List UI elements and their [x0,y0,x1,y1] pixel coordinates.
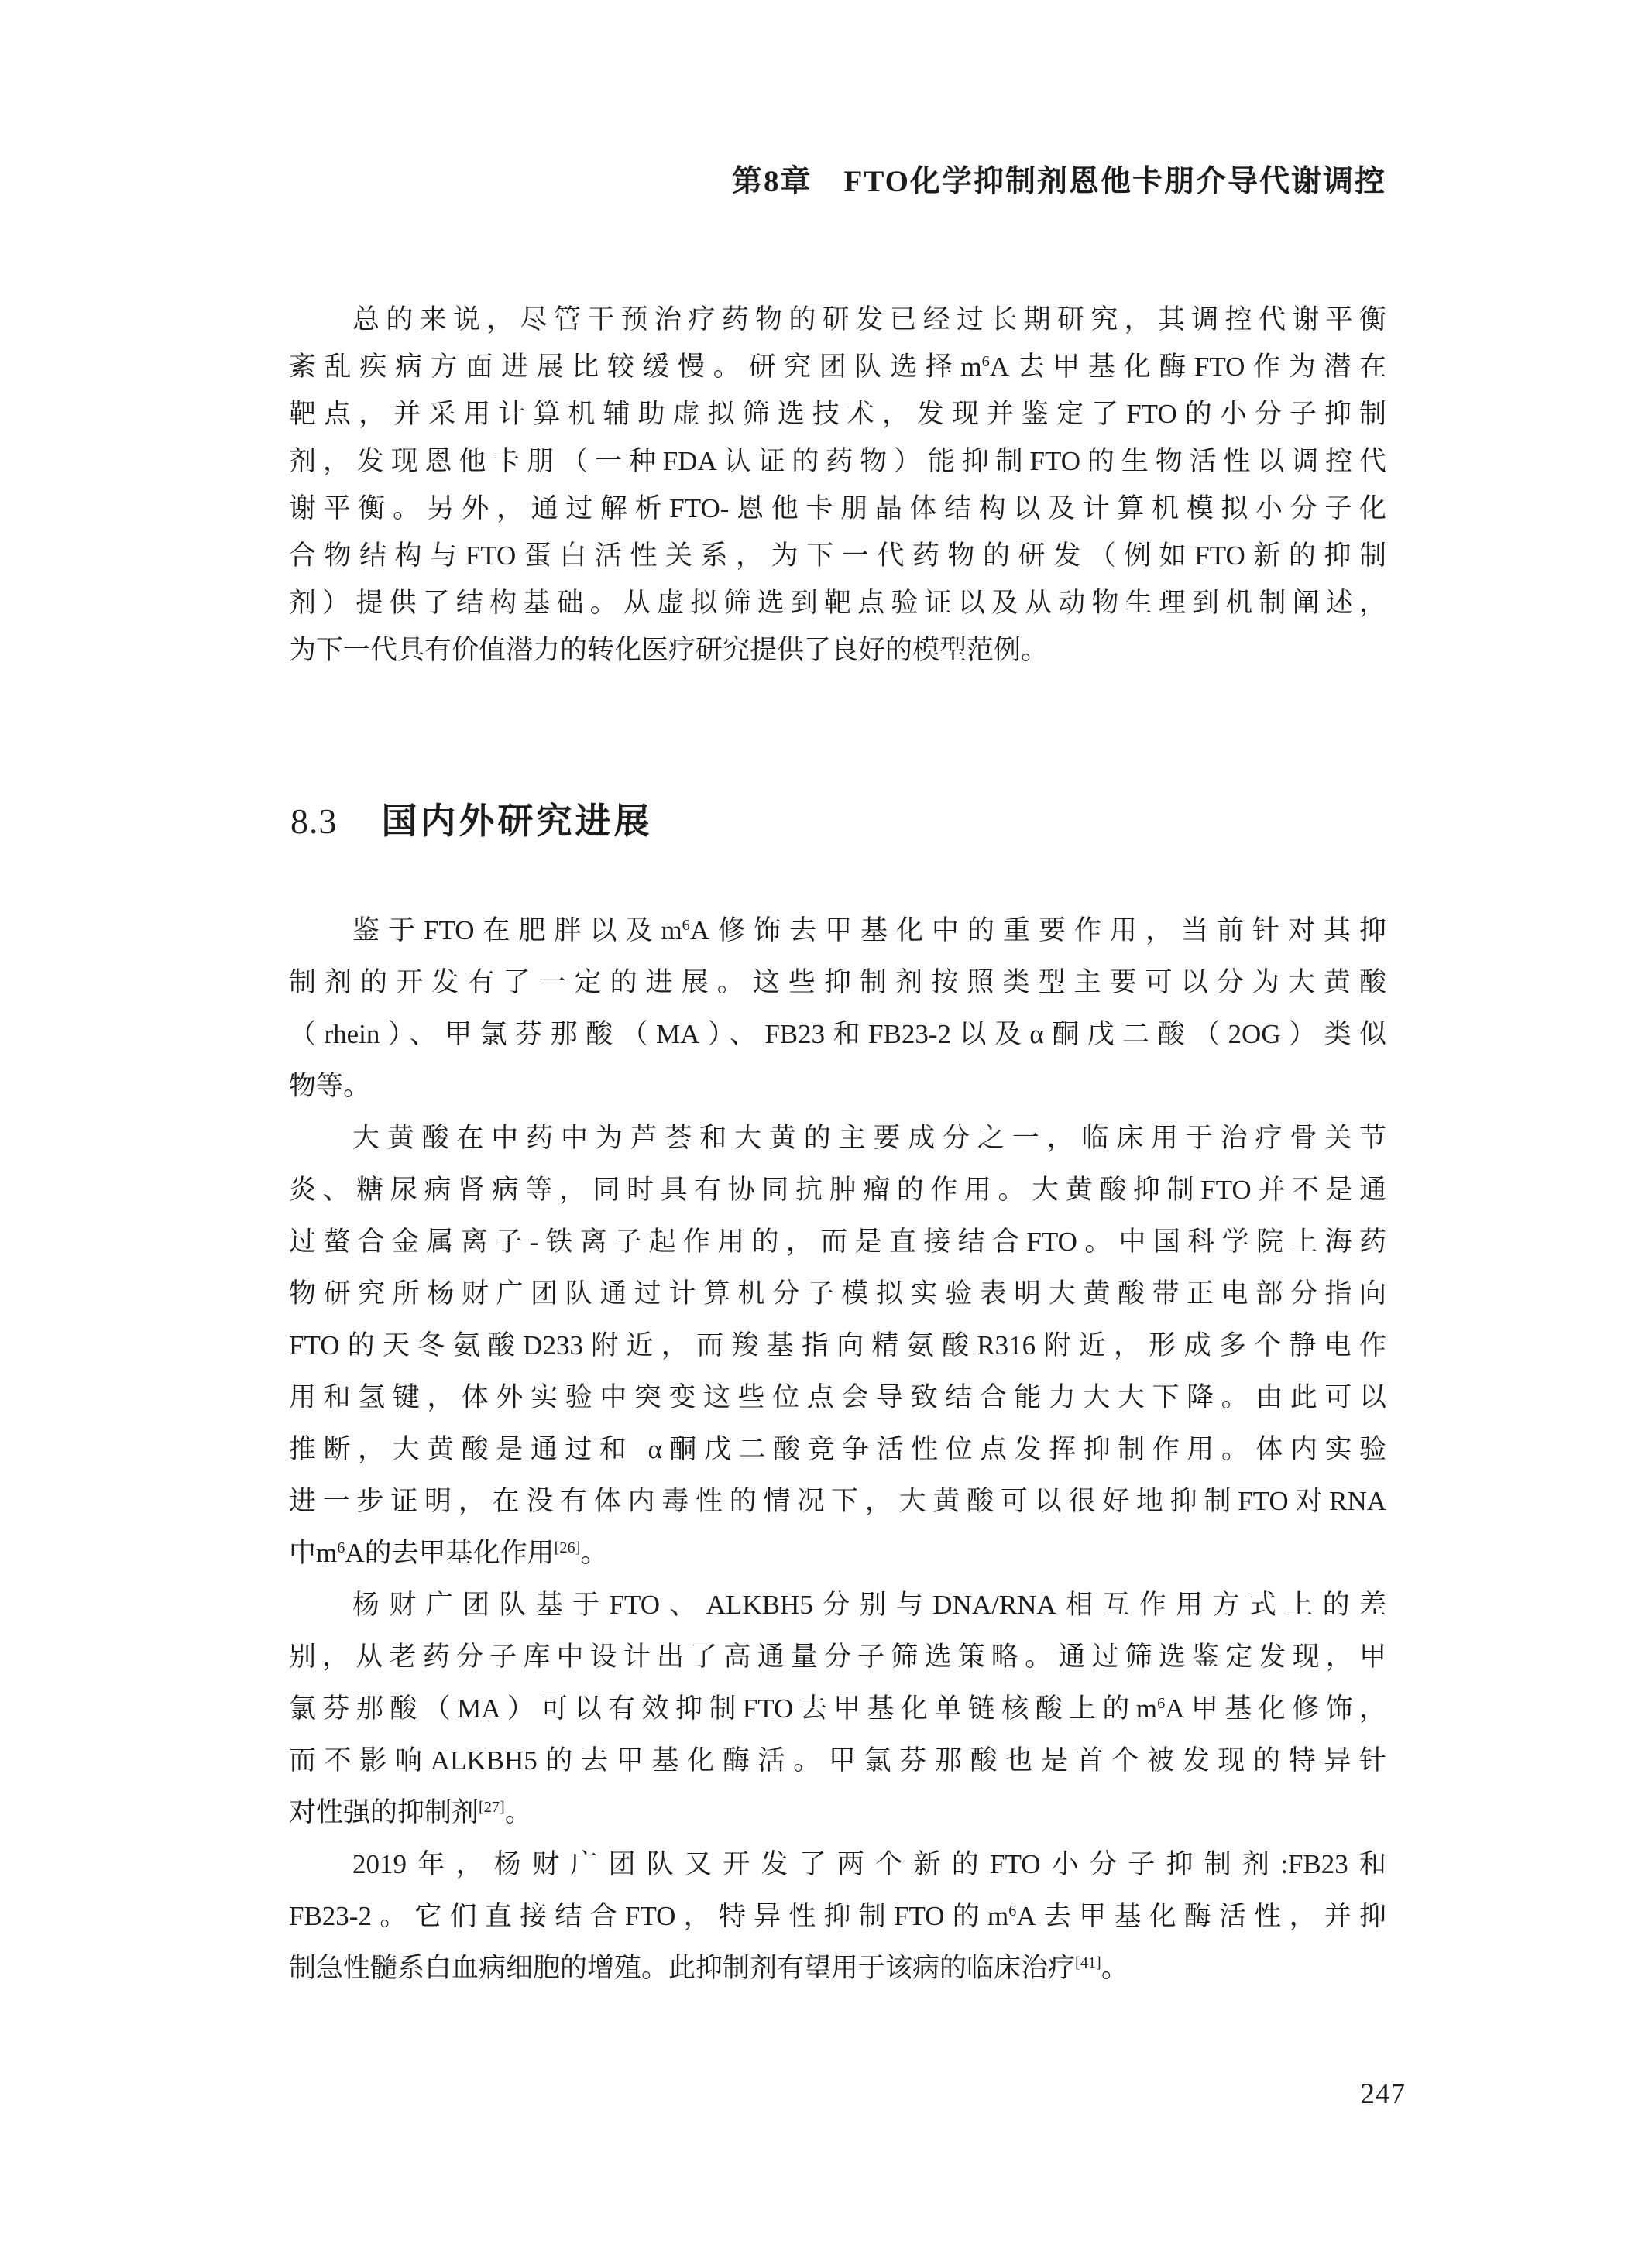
section-number: 8.3 [290,801,338,841]
running-header: 第8章 FTO化学抑制剂恩他卡朋介导代谢调控 [289,157,1386,201]
text-line: 谢平衡。另外，通过解析FTO-恩他卡朋晶体结构以及计算机模拟小分子化 [289,485,1386,532]
text-line: 靶点，并采用计算机辅助虚拟筛选技术，发现并鉴定了FTO的小分子抑制 [289,390,1386,437]
section-heading: 8.3国内外研究进展 [290,799,653,844]
superscript: [41] [1075,1954,1101,1971]
text-line: 进一步证明，在没有体内毒性的情况下，大黄酸可以很好地抑制FTO对RNA [289,1475,1386,1527]
text-line: 大黄酸在中药中为芦荟和大黄的主要成分之一，临床用于治疗骨关节 [289,1112,1386,1164]
text-line: 推断，大黄酸是通过和 α酮戊二酸竞争活性位点发挥抑制作用。体内实验 [289,1423,1386,1475]
text-line: 氯芬那酸（MA）可以有效抑制FTO去甲基化单链核酸上的m6A甲基化修饰， [289,1683,1386,1734]
text-line: 制剂的开发有了一定的进展。这些抑制剂按照类型主要可以分为大黄酸 [289,956,1386,1008]
text-line: 紊乱疾病方面进展比较缓慢。研究团队选择m6A去甲基化酶FTO作为潜在 [289,343,1386,390]
text-line: 杨财广团队基于FTO、ALKBH5分别与DNA/RNA相互作用方式上的差 [289,1579,1386,1631]
text-line: 而不影响ALKBH5的去甲基化酶活。甲氯芬那酸也是首个被发现的特异针 [289,1734,1386,1786]
superscript: [27] [479,1799,505,1816]
text-line: 物研究所杨财广团队通过计算机分子模拟实验表明大黄酸带正电部分指向 [289,1268,1386,1319]
text-line: 物等。 [289,1060,1386,1112]
text-line: 过螯合金属离子-铁离子起作用的，而是直接结合FTO。中国科学院上海药 [289,1216,1386,1268]
superscript: 6 [682,917,690,934]
text-line: FB23-2。它们直接结合FTO，特异性抑制FTO的m6A去甲基化酶活性，并抑 [289,1890,1386,1942]
text-line: 合物结构与FTO蛋白活性关系，为下一代药物的研发（例如FTO新的抑制 [289,532,1386,579]
text-line: 剂，发现恩他卡朋（一种FDA认证的药物）能抑制FTO的生物活性以调控代 [289,437,1386,485]
superscript: 6 [1008,1903,1016,1920]
text-line: 制急性髓系白血病细胞的增殖。此抑制剂有望用于该病的临床治疗[41]。 [289,1942,1386,1994]
text-line: FTO的天冬氨酸D233附近，而羧基指向精氨酸R316附近，形成多个静电作 [289,1319,1386,1371]
text-line: 炎、糖尿病肾病等，同时具有协同抗肿瘤的作用。大黄酸抑制FTO并不是通 [289,1164,1386,1216]
text-line: 为下一代具有价值潜力的转化医疗研究提供了良好的模型范例。 [289,626,1386,674]
text-line: 对性强的抑制剂[27]。 [289,1786,1386,1838]
body-paragraphs: 鉴于FTO在肥胖以及m6A修饰去甲基化中的重要作用，当前针对其抑制剂的开发有了一… [289,904,1386,1994]
intro-paragraph: 总的来说，尽管干预治疗药物的研发已经过长期研究，其调控代谢平衡紊乱疾病方面进展比… [289,296,1386,674]
text-line: 总的来说，尽管干预治疗药物的研发已经过长期研究，其调控代谢平衡 [289,296,1386,343]
superscript: 6 [982,353,990,370]
text-line: 用和氢键，体外实验中突变这些位点会导致结合能力大大下降。由此可以 [289,1371,1386,1423]
paragraph: 鉴于FTO在肥胖以及m6A修饰去甲基化中的重要作用，当前针对其抑制剂的开发有了一… [289,904,1386,1112]
section-title: 国内外研究进展 [382,801,653,841]
text-line: 别，从老药分子库中设计出了高通量分子筛选策略。通过筛选鉴定发现，甲 [289,1631,1386,1683]
paragraph: 2019年，杨财广团队又开发了两个新的FTO小分子抑制剂:FB23和FB23-2… [289,1838,1386,1994]
text-line: 2019年，杨财广团队又开发了两个新的FTO小分子抑制剂:FB23和 [289,1838,1386,1890]
superscript: 6 [1157,1695,1165,1712]
text-line: 鉴于FTO在肥胖以及m6A修饰去甲基化中的重要作用，当前针对其抑 [289,904,1386,956]
superscript: [26] [555,1539,581,1556]
text-line: （rhein）、甲氯芬那酸（MA）、FB23和FB23-2以及α酮戊二酸（2OG… [289,1008,1386,1060]
superscript: 6 [337,1539,345,1556]
paragraph: 杨财广团队基于FTO、ALKBH5分别与DNA/RNA相互作用方式上的差别，从老… [289,1579,1386,1838]
page-number: 247 [289,2078,1406,2111]
text-line: 剂）提供了结构基础。从虚拟筛选到靶点验证以及从动物生理到机制阐述， [289,579,1386,626]
book-page: 第8章 FTO化学抑制剂恩他卡朋介导代谢调控 总的来说，尽管干预治疗药物的研发已… [0,0,1628,2268]
text-line: 中m6A的去甲基化作用[26]。 [289,1527,1386,1579]
paragraph: 大黄酸在中药中为芦荟和大黄的主要成分之一，临床用于治疗骨关节炎、糖尿病肾病等，同… [289,1112,1386,1579]
